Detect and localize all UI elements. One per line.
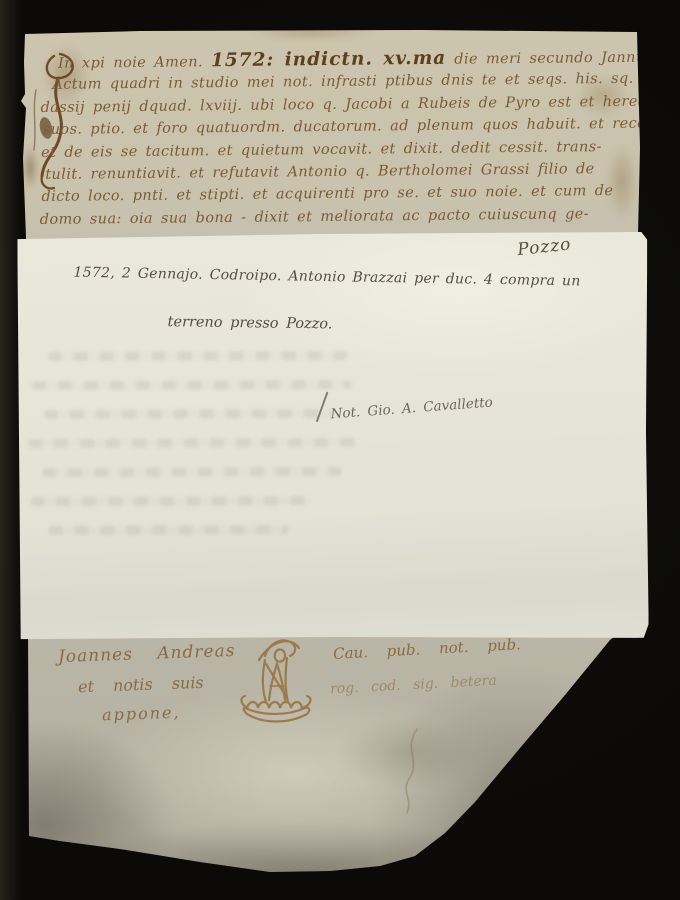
note-summary-line: 1572, 2 Gennajo. Codroipo. Antonio Brazz… — [73, 265, 580, 290]
notary-subscription-line: Joannes Andreas — [58, 641, 236, 667]
notary-monogram-icon — [235, 634, 319, 734]
backdrop-left-edge — [0, 0, 22, 900]
bleed-through-marks — [42, 467, 342, 477]
bleed-through-marks — [48, 525, 288, 535]
bleed-through-marks — [30, 496, 310, 506]
notary-subscription-line: Cau. pub. not. pub. — [333, 635, 522, 663]
photo-backdrop: In xpi noie Amen. 1572: indictn. xv.ma d… — [0, 0, 680, 900]
signature-text: Not. Gio. A. Cavalletto — [330, 394, 493, 422]
deed-date: 1572: indictn. xv.ma — [211, 48, 446, 71]
notary-subscription-line: rog. cod. sig. betera — [330, 673, 497, 698]
signature-flourish — [316, 392, 329, 423]
bleed-through-marks — [48, 351, 348, 361]
note-summary-line: terreno presso Pozzo. — [168, 314, 333, 332]
note-place-heading: Pozzo — [516, 234, 572, 260]
notary-subscription-line: appone, — [102, 703, 181, 725]
pen-squiggle-icon — [385, 723, 440, 818]
stain — [246, 24, 376, 40]
deed-text-block: In xpi noie Amen. 1572: indictn. xv.ma d… — [38, 46, 630, 231]
archival-note-paper: Pozzo 1572, 2 Gennajo. Codroipo. Antonio… — [17, 232, 648, 640]
deed-line-1-pre: In xpi noie Amen. — [58, 54, 203, 72]
deed-line-1-post: die meri secundo Jannuarij — [454, 49, 672, 67]
notary-subscription-line: et notis suis — [78, 673, 204, 696]
bleed-through-marks — [32, 380, 352, 390]
bleed-through-marks — [44, 409, 334, 419]
bleed-through-marks — [28, 438, 358, 448]
